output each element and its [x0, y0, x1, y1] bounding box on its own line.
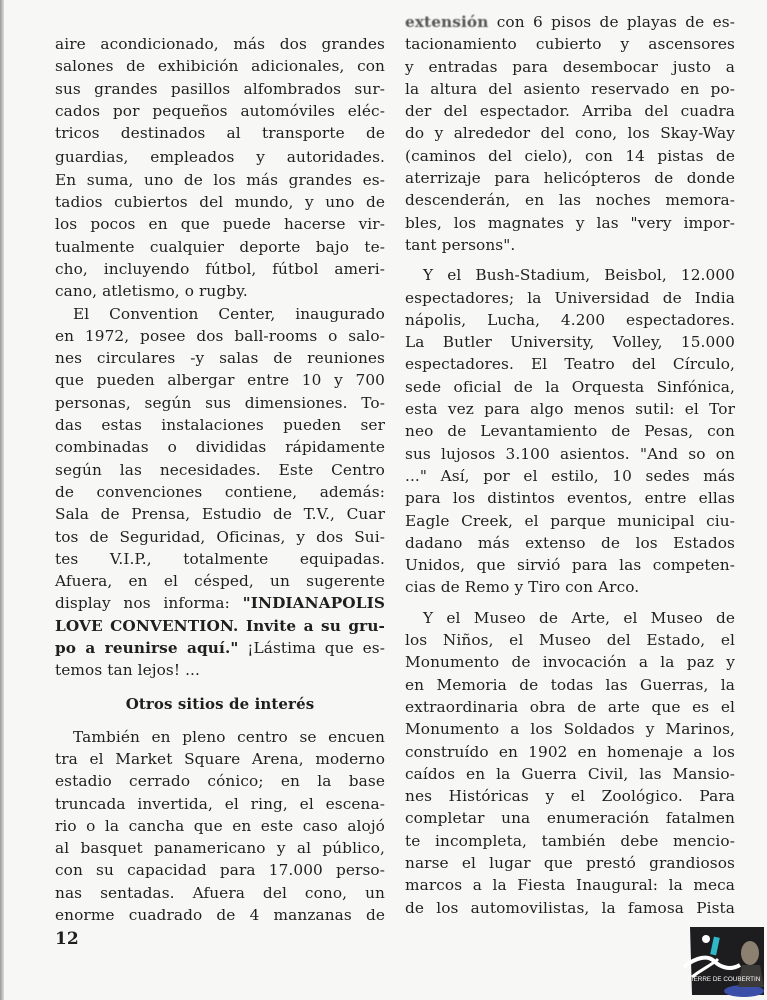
pierre-de-coubertin-logo: PIERRE DE COUBERTIN — [678, 925, 767, 1000]
text-line: nas sentadas. Afuera del cono, un — [55, 882, 385, 904]
text-line: tualmente cualquier deporte bajo te- — [55, 236, 385, 258]
text-line: sede oficial de la Orquesta Sinfónica, — [405, 376, 735, 398]
text-line-mixed: po a reunirse aquí." ¡Lástima que es- — [55, 637, 385, 659]
text-line: nes circulares -y salas de reuniones — [55, 347, 385, 369]
text-line: dadano más extenso de los Estados — [405, 532, 735, 554]
text-line: Y el Museo de Arte, el Museo de — [405, 607, 735, 629]
text-line: tricos destinados al transporte de — [55, 122, 385, 144]
text-line: esta vez para algo menos sutil: el Tor — [405, 398, 735, 420]
text-line: construído en 1902 en homenaje a los — [405, 741, 735, 763]
text-line: sus lujosos 3.100 asientos. "And so on — [405, 443, 735, 465]
slogan-text: "INDIANAPOLIS — [243, 594, 385, 612]
text-line: Unidos, que sirvió para las competen- — [405, 554, 735, 576]
text-line: y entradas para desembocar justo a — [405, 56, 735, 78]
text-line: en Memoria de todas las Guerras, la — [405, 674, 735, 696]
text-line: completar una enumeración fatalmen — [405, 807, 735, 829]
text-line: La Butler University, Volley, 15.000 — [405, 331, 735, 353]
text-line: Sala de Prensa, Estudio de T.V., Cuar — [55, 503, 385, 525]
text-fragment: display nos informa: — [55, 594, 243, 612]
text-line: combinadas o divididas rápidamente — [55, 436, 385, 458]
text-fragment: ¡Lástima que es- — [238, 639, 385, 657]
svg-text:PIERRE DE COUBERTIN: PIERRE DE COUBERTIN — [688, 976, 761, 983]
text-line: según las necesidades. Este Centro — [55, 459, 385, 481]
text-fragment: con 6 pisos de playas de es- — [488, 13, 735, 31]
text-line: das estas instalaciones pueden ser — [55, 414, 385, 436]
text-line: enorme cuadrado de 4 manzanas de — [55, 904, 385, 926]
text-line: Eagle Creek, el parque municipal ciu- — [405, 510, 735, 532]
slogan-text: po a reunirse aquí." — [55, 639, 238, 657]
text-line: neo de Levantamiento de Pesas, con — [405, 420, 735, 442]
text-line: (caminos del cielo), con 14 pistas de — [405, 145, 735, 167]
text-line: los pocos en que puede hacerse vir- — [55, 213, 385, 235]
page-number: 12 — [55, 929, 79, 949]
text-line: caídos en la Guerra Civil, las Mansio- — [405, 763, 735, 785]
text-line: para los distintos eventos, entre ellas — [405, 487, 735, 509]
right-column: extensión con 6 pisos de playas de es- t… — [405, 11, 735, 919]
text-line: al basquet panamericano y al público, — [55, 837, 385, 859]
text-line: bles, los magnates y las "very impor- — [405, 212, 735, 234]
text-line: der del espectador. Arriba del cuadra — [405, 100, 735, 122]
text-line: En suma, uno de los más grandes es- — [55, 169, 385, 191]
text-line: tos de Seguridad, Oficinas, y dos Sui- — [55, 526, 385, 548]
text-line: los Niños, el Museo del Estado, el — [405, 629, 735, 651]
text-line: espectadores. El Teatro del Círculo, — [405, 353, 735, 375]
text-line: en 1972, posee dos ball-rooms o salo- — [55, 325, 385, 347]
text-line: ..." Así, por el estilo, 10 sedes más — [405, 465, 735, 487]
text-line: tadios cubiertos del mundo, y uno de — [55, 191, 385, 213]
text-line: do y alrededor del cono, los Skay-Way — [405, 122, 735, 144]
text-line: con su capacidad para 17.000 perso- — [55, 859, 385, 881]
text-line-display: display nos informa: "INDIANAPOLIS — [55, 592, 385, 614]
logo-graphic-icon: PIERRE DE COUBERTIN — [678, 925, 767, 1000]
smudged-word: extensión — [405, 13, 488, 31]
text-line: cados por pequeños automóviles eléc- — [55, 100, 385, 122]
text-line: Monumento a los Soldados y Marinos, — [405, 718, 735, 740]
text-line: personas, según sus dimensiones. To- — [55, 392, 385, 414]
text-line: cho, incluyendo fútbol, fútbol ameri- — [55, 258, 385, 280]
text-line: de los automovilistas, la famosa Pista — [405, 897, 735, 919]
text-line: la altura del asiento reservado en po- — [405, 78, 735, 100]
text-line: guardias, empleados y autoridades. — [55, 146, 385, 168]
text-line-first: extensión con 6 pisos de playas de es- — [405, 11, 735, 33]
text-line: te incompleta, también debe mencio- — [405, 830, 735, 852]
text-line: Monumento de invocación a la paz y — [405, 651, 735, 673]
page-scan-edge — [0, 0, 4, 1000]
text-line: tacionamiento cubierto y ascensores — [405, 33, 735, 55]
text-line: cano, atletismo, o rugby. — [55, 280, 385, 302]
text-line: sus grandes pasillos alfombrados sur- — [55, 78, 385, 100]
text-line: truncada invertida, el ring, el escena- — [55, 793, 385, 815]
text-line: El Convention Center, inaugurado — [55, 303, 385, 325]
text-line: aterrizaje para helicópteros de donde — [405, 167, 735, 189]
text-line: descenderán, en las noches memora- — [405, 189, 735, 211]
text-line: cias de Remo y Tiro con Arco. — [405, 576, 735, 598]
left-column: aire acondicionado, más dos grandes salo… — [55, 33, 385, 926]
text-line: de convenciones contiene, además: — [55, 481, 385, 503]
text-line: rio o la cancha que en este caso alojó — [55, 815, 385, 837]
text-line: temos tan lejos! ... — [55, 659, 385, 681]
text-line: También en pleno centro se encuen — [55, 726, 385, 748]
text-line: Afuera, en el césped, un sugerente — [55, 570, 385, 592]
slogan-line: LOVE CONVENTION. Invite a su gru- — [55, 615, 385, 637]
text-line: marcos a la Fiesta Inaugural: la meca — [405, 874, 735, 896]
text-line: salones de exhibición adicionales, con — [55, 55, 385, 77]
text-line: nápolis, Lucha, 4.200 espectadores. — [405, 309, 735, 331]
text-line: tra el Market Square Arena, moderno — [55, 748, 385, 770]
text-line: Y el Bush-Stadium, Beisbol, 12.000 — [405, 264, 735, 286]
section-heading: Otros sitios de interés — [55, 693, 385, 715]
text-line: nes Históricas y el Zoológico. Para — [405, 785, 735, 807]
text-line: tes V.I.P., totalmente equipadas. — [55, 548, 385, 570]
text-line: espectadores; la Universidad de India — [405, 287, 735, 309]
text-line: extraordinaria obra de arte que es el — [405, 696, 735, 718]
text-line: que pueden albergar entre 10 y 700 — [55, 369, 385, 391]
text-line: estadio cerrado cónico; en la base — [55, 770, 385, 792]
text-line: aire acondicionado, más dos grandes — [55, 33, 385, 55]
text-line: narse el lugar que prestó grandiosos — [405, 852, 735, 874]
text-line: tant persons". — [405, 234, 735, 256]
